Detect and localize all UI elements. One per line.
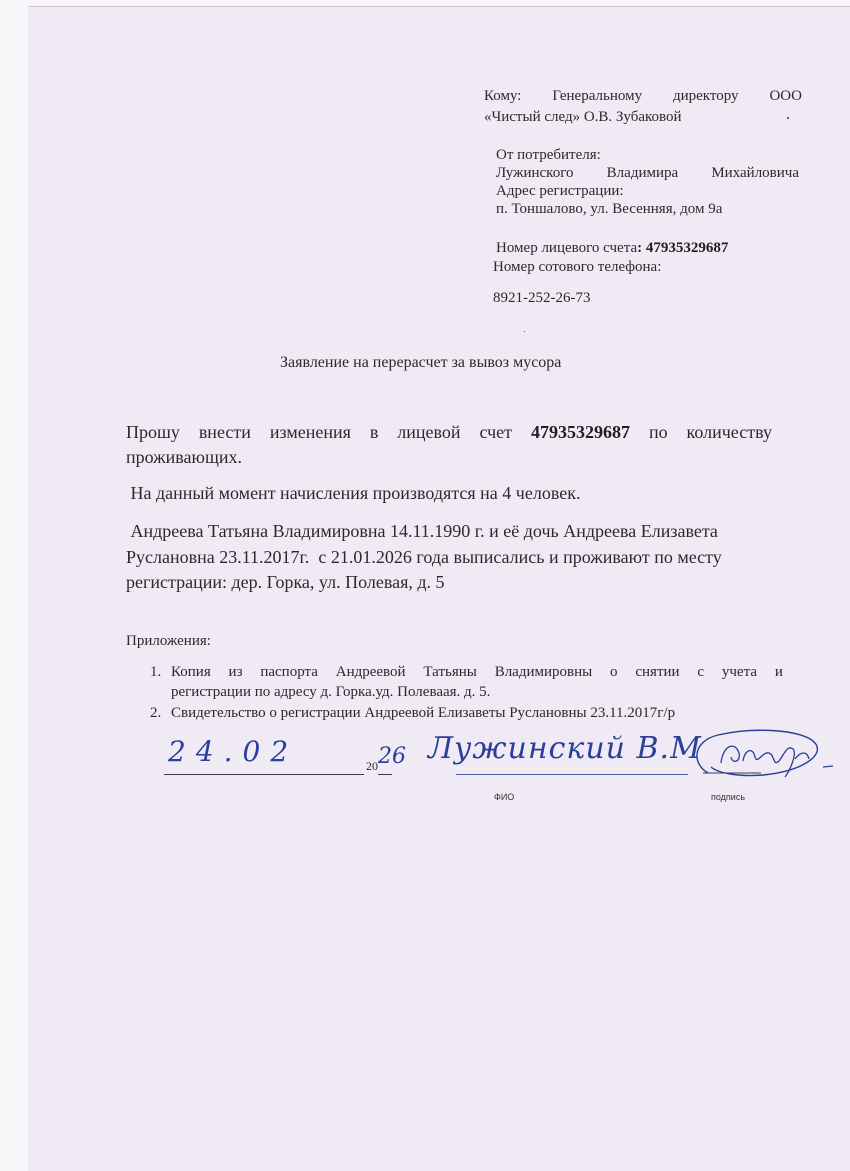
year-field: 20 <box>366 759 378 774</box>
recipient-word: Кому: <box>484 87 521 106</box>
recipient-word: ООО <box>769 87 802 106</box>
word: с <box>697 663 704 682</box>
document-title: Заявление на перерасчет за вывоз мусора <box>280 354 561 372</box>
word: счет <box>479 420 512 444</box>
word: Прошу <box>126 420 180 444</box>
stray-dot <box>524 331 525 332</box>
from-label: От потребителя: <box>496 146 601 165</box>
word: снятии <box>635 663 679 682</box>
word: по <box>649 420 668 444</box>
recipient-word: Генеральному <box>552 87 642 106</box>
attachment-2-line-1: Свидетельство о регистрации Андреевой Ел… <box>171 704 675 723</box>
account-number: : 47935329687 <box>637 240 728 256</box>
account-label: Номер лицевого счета <box>496 240 637 256</box>
signature-label: подпись <box>711 792 745 802</box>
word: лицевой <box>397 420 460 444</box>
date-underline <box>164 774 364 775</box>
word: в <box>370 420 379 444</box>
paragraph-3-line-1: Андреева Татьяна Владимировна 14.11.1990… <box>126 519 718 543</box>
year-underline <box>378 774 392 775</box>
recipient-word: директору <box>673 87 739 106</box>
word: Андреевой <box>336 663 406 682</box>
handwritten-fio: Лужинский В.М <box>428 731 702 766</box>
attachment-2-number: 2. <box>150 704 161 723</box>
phone-label: Номер сотового телефона: <box>493 258 661 277</box>
recipient-line-2: «Чистый след» О.В. Зубаковой <box>484 108 682 127</box>
handwritten-year: 26 <box>378 744 406 769</box>
paragraph-3-line-2: Руслановна 23.11.2017г. с 21.01.2026 год… <box>126 545 722 569</box>
paragraph-1-line-1: Прошу внести изменения в лицевой счет 47… <box>126 420 772 444</box>
attachment-1-line-2: регистрации по адресу д. Горка.уд. Полев… <box>171 683 490 702</box>
attachment-1-number: 1. <box>150 663 161 682</box>
stray-dot <box>787 117 789 119</box>
from-name-word: Владимира <box>607 164 678 183</box>
paragraph-1-line-2: проживающих. <box>126 445 242 469</box>
fio-label: ФИО <box>494 792 514 802</box>
fio-underline <box>456 774 688 775</box>
year-prefix: 20 <box>366 759 378 773</box>
from-name: Лужинского Владимира Михайловича <box>496 164 799 183</box>
account-line: Номер лицевого счета: 47935329687 <box>496 239 728 258</box>
word: внести <box>199 420 251 444</box>
signature-scribble-icon <box>683 723 843 789</box>
word: и <box>775 663 783 682</box>
paragraph-2: На данный момент начисления производятся… <box>126 481 580 505</box>
from-name-word: Михайловича <box>711 164 799 183</box>
address-value: п. Тоншалово, ул. Весенняя, дом 9а <box>496 200 722 219</box>
paragraph-3-line-3: регистрации: дер. Горка, ул. Полевая, д.… <box>126 570 445 594</box>
document-page: Кому: Генеральному директору ООО «Чистый… <box>28 6 850 1170</box>
attachment-1-line-1: Копия из паспорта Андреевой Татьяны Влад… <box>171 663 783 682</box>
word: учета <box>722 663 757 682</box>
word: паспорта <box>260 663 318 682</box>
word: из <box>229 663 243 682</box>
recipient-line-1: Кому: Генеральному директору ООО <box>484 87 802 106</box>
word: о <box>610 663 618 682</box>
account-number-bold: 47935329687 <box>531 420 630 444</box>
word: Владимировны <box>495 663 593 682</box>
word: Копия <box>171 663 211 682</box>
word: количеству <box>687 420 772 444</box>
phone-value: 8921-252-26-73 <box>493 289 591 308</box>
from-name-word: Лужинского <box>496 164 573 183</box>
handwritten-date: 24.02 <box>168 735 298 768</box>
address-label: Адрес регистрации: <box>496 182 624 201</box>
attachments-label: Приложения: <box>126 632 211 651</box>
word: Татьяны <box>423 663 476 682</box>
word: изменения <box>270 420 351 444</box>
